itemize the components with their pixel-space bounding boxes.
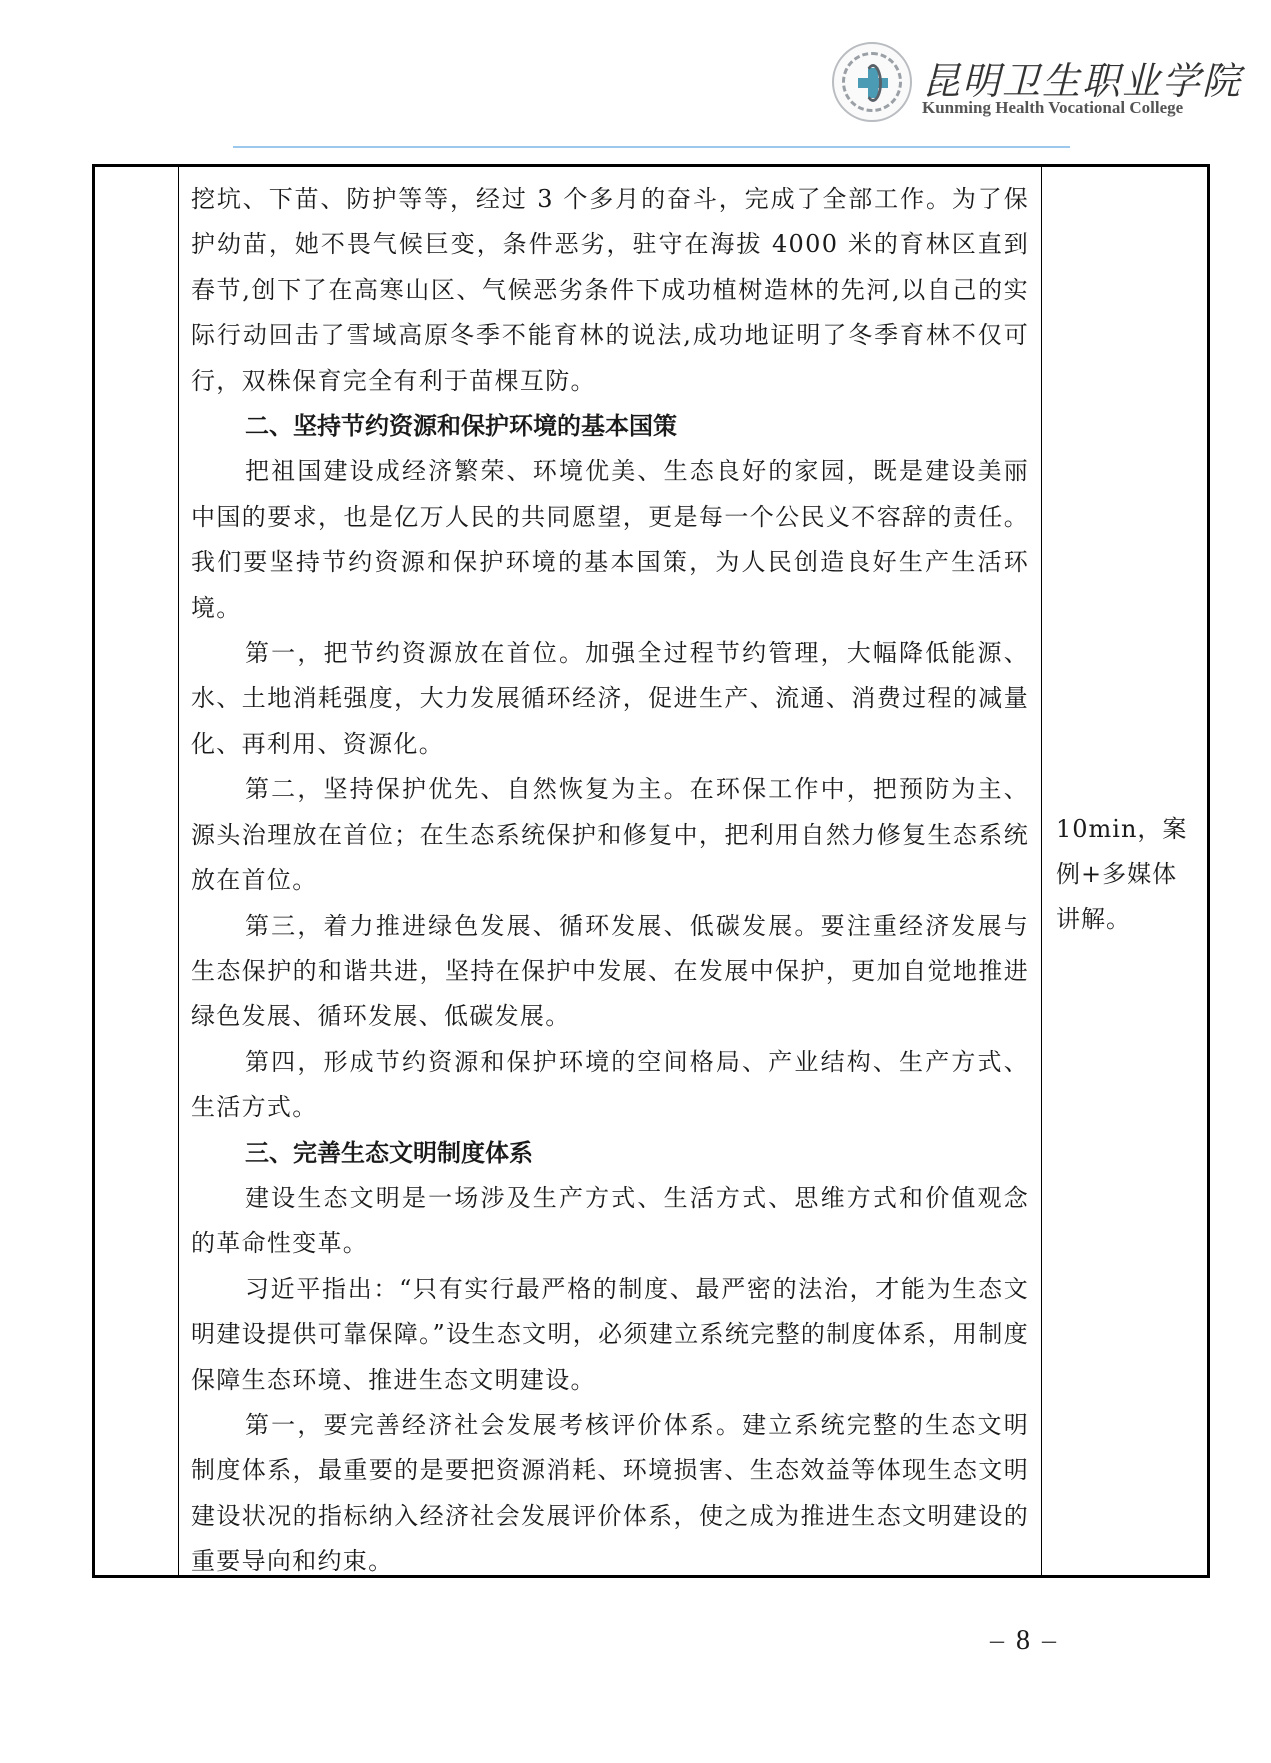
section-heading-2: 二、坚持节约资源和保护环境的基本国策 (191, 404, 1029, 449)
paragraph: 习近平指出：“只有实行最严格的制度、最严密的法治，才能为生态文明建设提供可靠保障… (191, 1267, 1029, 1403)
page-number-value: 8 (1016, 1625, 1030, 1656)
paragraph: 把祖国建设成经济繁荣、环境优美、生态良好的家园，既是建设美丽中国的要求，也是亿万… (191, 449, 1029, 631)
paragraph: 第一，要完善经济社会发展考核评价体系。建立系统完整的生态文明制度体系，最重要的是… (191, 1403, 1029, 1585)
page-dash-left: – (990, 1625, 1004, 1656)
college-emblem-icon (832, 42, 912, 122)
section-heading-3: 三、完善生态文明制度体系 (191, 1131, 1029, 1176)
paragraph: 第三，着力推进绿色发展、循环发展、低碳发展。要注重经济发展与生态保护的和谐共进，… (191, 904, 1029, 1040)
paragraph: 建设生态文明是一场涉及生产方式、生活方式、思维方式和价值观念的革命性变革。 (191, 1176, 1029, 1267)
page-number: –8– (978, 1625, 1068, 1657)
serpent-icon (864, 64, 882, 102)
table-right-cell: 10min，案例+多媒体讲解。 (1041, 167, 1207, 1575)
college-name-cn: 昆明卫生职业学院 (922, 50, 1242, 105)
paragraph: 第四，形成节约资源和保护环境的空间格局、产业结构、生产方式、生活方式。 (191, 1040, 1029, 1131)
teaching-method-note: 10min，案例+多媒体讲解。 (1056, 807, 1200, 942)
table-main-cell: 挖坑、下苗、防护等等，经过 3 个多月的奋斗，完成了全部工作。为了保护幼苗，她不… (191, 177, 1029, 1585)
lesson-plan-table: 挖坑、下苗、防护等等，经过 3 个多月的奋斗，完成了全部工作。为了保护幼苗，她不… (92, 164, 1210, 1578)
paragraph-continuation: 挖坑、下苗、防护等等，经过 3 个多月的奋斗，完成了全部工作。为了保护幼苗，她不… (191, 177, 1029, 404)
paragraph: 第二，坚持保护优先、自然恢复为主。在环保工作中，把预防为主、源头治理放在首位；在… (191, 767, 1029, 903)
table-left-cell (95, 167, 179, 1575)
page-dash-right: – (1042, 1625, 1056, 1656)
college-name-en: Kunming Health Vocational College (922, 98, 1183, 118)
header-rule (233, 146, 1070, 148)
paragraph: 第一，把节约资源放在首位。加强全过程节约管理，大幅降低能源、水、土地消耗强度，大… (191, 631, 1029, 767)
